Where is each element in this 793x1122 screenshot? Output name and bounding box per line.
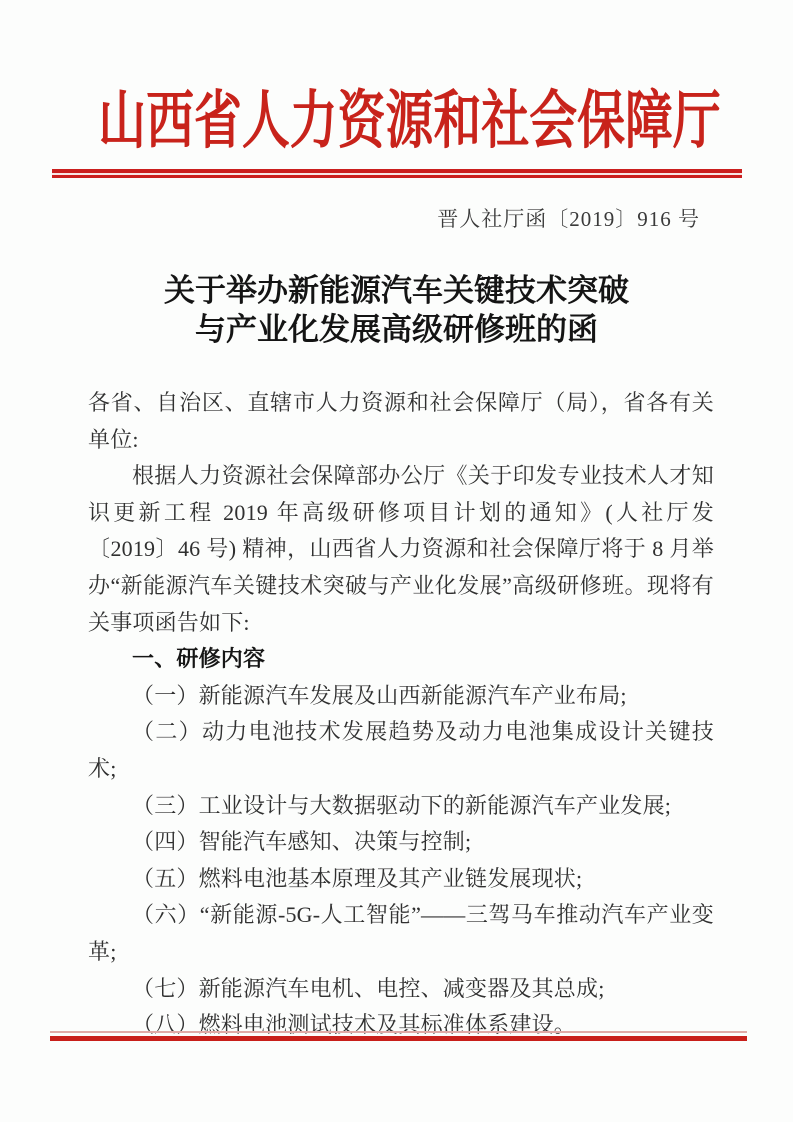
document-title-line-2: 与产业化发展高级研修班的函 (0, 310, 793, 349)
salutation: 各省、自治区、直辖市人力资源和社会保障厅（局），省各有关单位: (88, 385, 714, 458)
intro-paragraph: 根据人力资源社会保障部办公厅《关于印发专业技术人才知识更新工程 2019 年高级… (88, 458, 714, 641)
section-heading: 一、研修内容 (88, 641, 714, 678)
list-item-1: （一）新能源汽车发展及山西新能源汽车产业布局; (88, 678, 714, 715)
document-page: 山西省人力资源和社会保障厅 晋人社厅函〔2019〕916 号 关于举办新能源汽车… (0, 0, 793, 1122)
header-divider-line (52, 169, 742, 178)
letterhead-banner: 山西省人力资源和社会保障厅 (0, 90, 793, 153)
list-item-5: （五）燃料电池基本原理及其产业链发展现状; (88, 861, 714, 898)
list-item-2: （二）动力电池技术发展趋势及动力电池集成设计关键技术; (88, 714, 714, 787)
list-item-6: （六）“新能源-5G-人工智能”——三驾马车推动汽车产业变革; (88, 897, 714, 970)
header-divider-bottom-stripe (52, 175, 742, 178)
document-title-line-1: 关于举办新能源汽车关键技术突破 (0, 271, 793, 310)
document-body: 各省、自治区、直辖市人力资源和社会保障厅（局），省各有关单位: 根据人力资源社会… (88, 385, 714, 1044)
list-item-3: （三）工业设计与大数据驱动下的新能源汽车产业发展; (88, 788, 714, 825)
list-item-7: （七）新能源汽车电机、电控、减变器及其总成; (88, 971, 714, 1008)
list-item-4: （四）智能汽车感知、决策与控制; (88, 824, 714, 861)
footer-divider-bottom-stripe (50, 1036, 747, 1041)
footer-divider-line (50, 1031, 747, 1041)
document-title: 关于举办新能源汽车关键技术突破 与产业化发展高级研修班的函 (0, 271, 793, 349)
letterhead-title: 山西省人力资源和社会保障厅 (98, 90, 720, 153)
document-number: 晋人社厅函〔2019〕916 号 (437, 203, 700, 233)
